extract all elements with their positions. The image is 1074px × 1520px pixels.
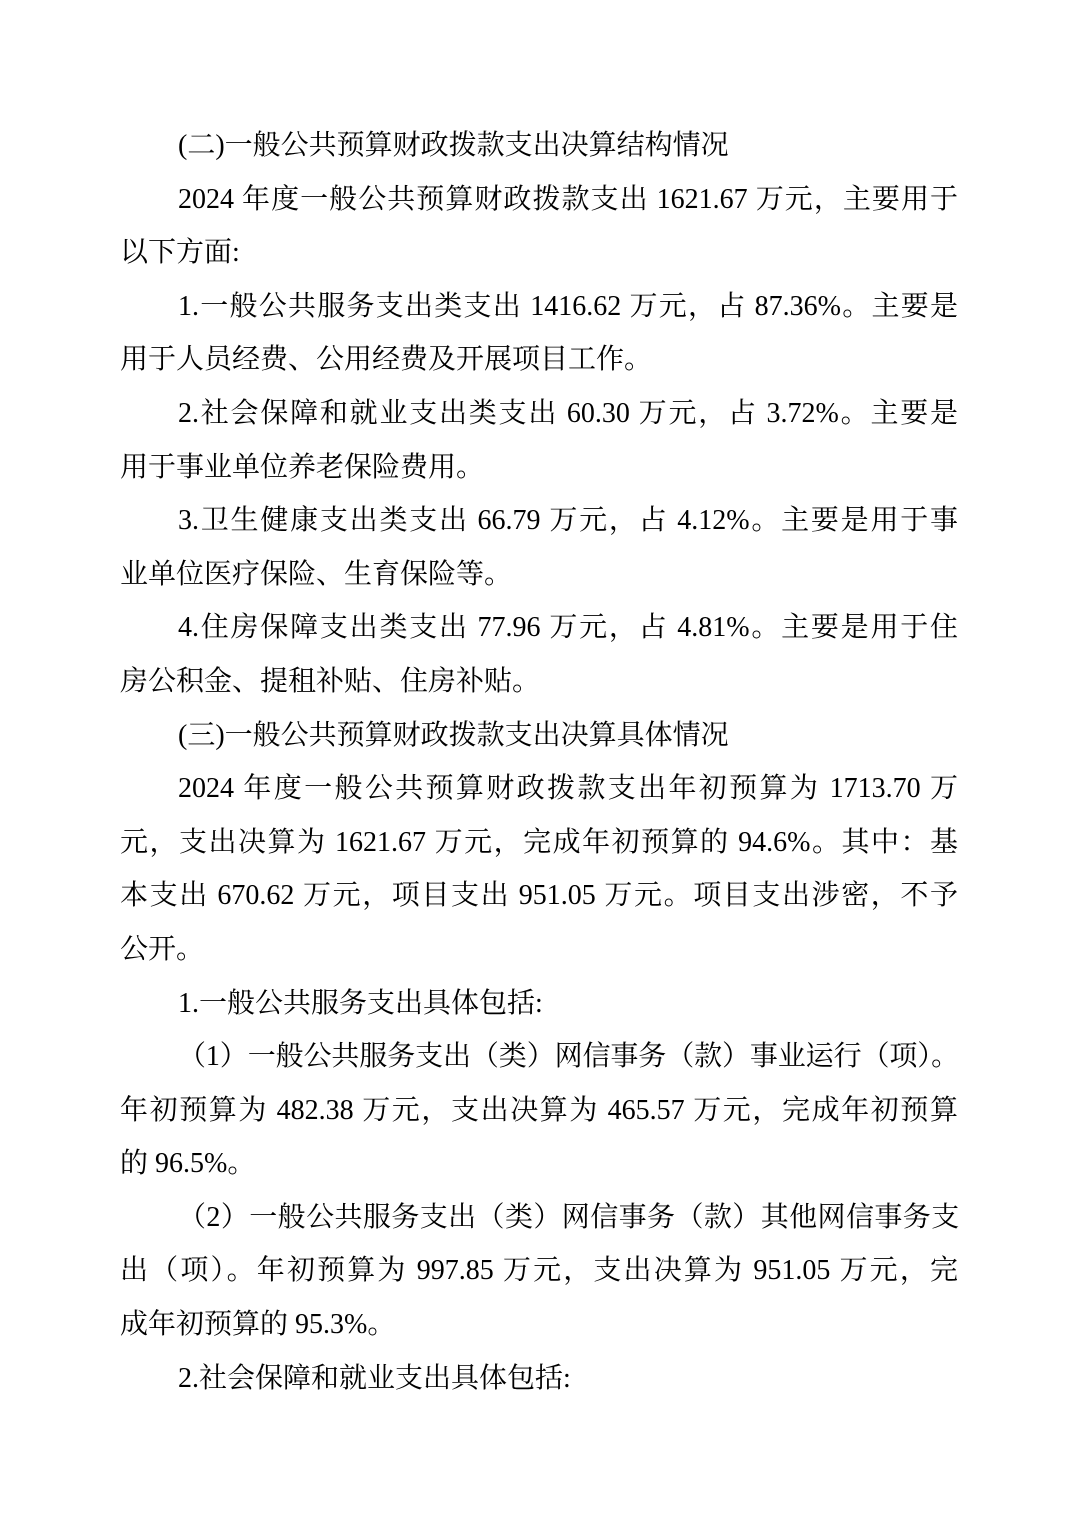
para-item-3-health: 3.卫生健康支出类支出 66.79 万元，占 4.12%。主要是用于事业单位医疗… <box>120 494 958 601</box>
document-body: (二)一般公共预算财政拨款支出决算结构情况2024 年度一般公共预算财政拨款支出… <box>120 119 958 1405</box>
text-line: （2）一般公共服务支出（类）网信事务（款）其他网信事务支 <box>120 1191 958 1245</box>
text-line: 2024 年度一般公共预算财政拨款支出年初预算为 1713.70 万 <box>120 762 958 816</box>
text-line: （1）一般公共服务支出（类）网信事务（款）事业运行（项）。 <box>120 1030 958 1084</box>
text-line: 2024 年度一般公共预算财政拨款支出 1621.67 万元，主要用于 <box>120 173 958 227</box>
para-subitem-1-operation: （1）一般公共服务支出（类）网信事务（款）事业运行（项）。年初预算为 482.3… <box>120 1030 958 1191</box>
para-item-4-housing: 4.住房保障支出类支出 77.96 万元，占 4.81%。主要是用于住房公积金、… <box>120 601 958 708</box>
text-line: 3.卫生健康支出类支出 66.79 万元，占 4.12%。主要是用于事 <box>120 494 958 548</box>
para-subitem-2-other-cyberspace-affairs: （2）一般公共服务支出（类）网信事务（款）其他网信事务支出（项）。年初预算为 9… <box>120 1191 958 1352</box>
document-page: (二)一般公共预算财政拨款支出决算结构情况2024 年度一般公共预算财政拨款支出… <box>0 0 1074 1520</box>
text-line: 元，支出决算为 1621.67 万元，完成年初预算的 94.6%。其中：基 <box>120 816 958 870</box>
text-line: 以下方面: <box>120 226 958 280</box>
text-line: 成年初预算的 95.3%。 <box>120 1298 958 1352</box>
text-line: 4.住房保障支出类支出 77.96 万元，占 4.81%。主要是用于住 <box>120 601 958 655</box>
text-line: 公开。 <box>120 923 958 977</box>
section-ii-heading: (二)一般公共预算财政拨款支出决算结构情况 <box>120 119 958 173</box>
para-expenditure-overview: 2024 年度一般公共预算财政拨款支出 1621.67 万元，主要用于以下方面: <box>120 173 958 280</box>
text-line: 2.社会保障和就业支出具体包括: <box>120 1352 958 1406</box>
text-line: (二)一般公共预算财政拨款支出决算结构情况 <box>120 119 958 173</box>
text-line: 用于人员经费、公用经费及开展项目工作。 <box>120 333 958 387</box>
text-line: 用于事业单位养老保险费用。 <box>120 441 958 495</box>
text-line: 业单位医疗保险、生育保险等。 <box>120 548 958 602</box>
text-line: 房公积金、提租补贴、住房补贴。 <box>120 655 958 709</box>
text-line: 1.一般公共服务支出类支出 1416.62 万元，占 87.36%。主要是 <box>120 280 958 334</box>
para-social-security-intro: 2.社会保障和就业支出具体包括: <box>120 1352 958 1406</box>
text-line: 的 96.5%。 <box>120 1137 958 1191</box>
text-line: 本支出 670.62 万元，项目支出 951.05 万元。项目支出涉密，不予 <box>120 869 958 923</box>
text-line: 年初预算为 482.38 万元，支出决算为 465.57 万元，完成年初预算 <box>120 1084 958 1138</box>
section-iii-heading: (三)一般公共预算财政拨款支出决算具体情况 <box>120 709 958 763</box>
text-line: 出（项）。年初预算为 997.85 万元，支出决算为 951.05 万元，完 <box>120 1244 958 1298</box>
text-line: 1.一般公共服务支出具体包括: <box>120 977 958 1031</box>
text-line: (三)一般公共预算财政拨款支出决算具体情况 <box>120 709 958 763</box>
text-line: 2.社会保障和就业支出类支出 60.30 万元，占 3.72%。主要是 <box>120 387 958 441</box>
para-general-services-intro: 1.一般公共服务支出具体包括: <box>120 977 958 1031</box>
para-item-1-general-public-services: 1.一般公共服务支出类支出 1416.62 万元，占 87.36%。主要是用于人… <box>120 280 958 387</box>
para-budget-completion: 2024 年度一般公共预算财政拨款支出年初预算为 1713.70 万元，支出决算… <box>120 762 958 976</box>
para-item-2-social-security-employment: 2.社会保障和就业支出类支出 60.30 万元，占 3.72%。主要是用于事业单… <box>120 387 958 494</box>
